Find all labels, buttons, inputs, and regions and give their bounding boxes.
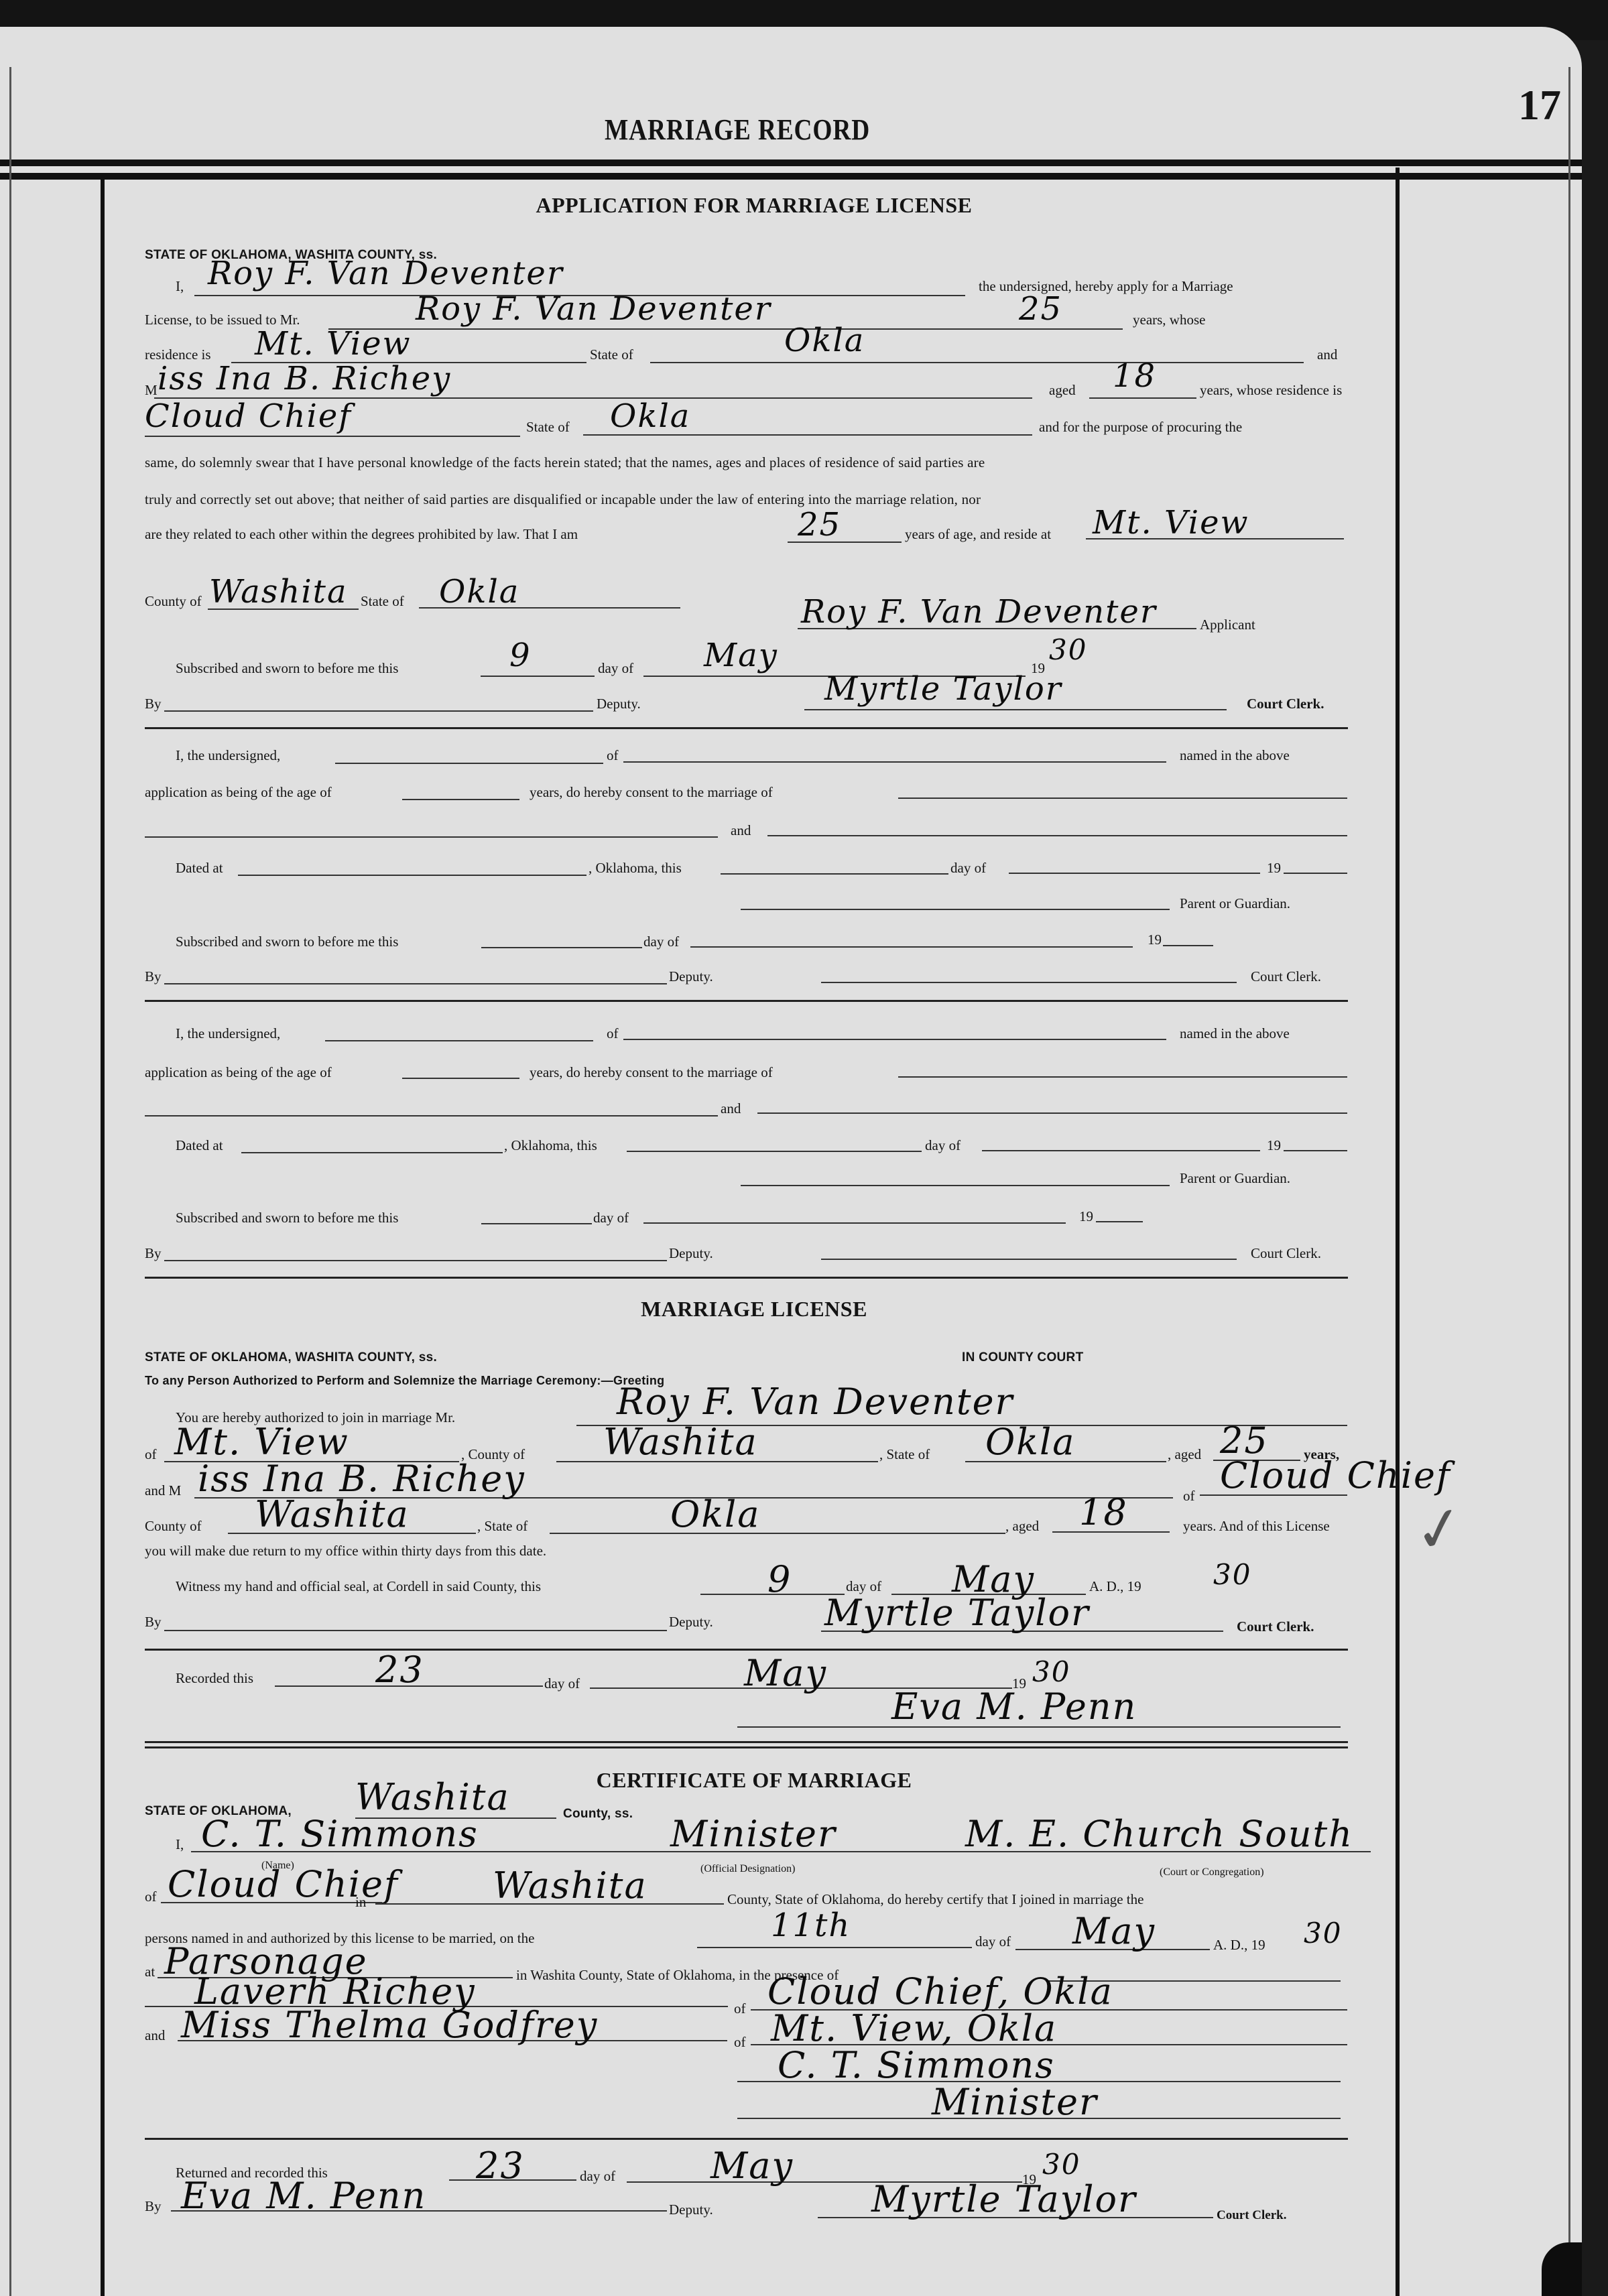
underline bbox=[145, 836, 718, 838]
certificate-clerk-signature: Myrtle Taylor bbox=[871, 2178, 1137, 2220]
underline bbox=[804, 709, 1227, 710]
underline bbox=[402, 799, 519, 800]
license-bride-county: Washita bbox=[255, 1493, 410, 1535]
underline bbox=[238, 875, 586, 876]
ad-label: A. D., 19 bbox=[1213, 1937, 1265, 1954]
aged-label: , aged bbox=[1168, 1446, 1201, 1463]
app-line5-suffix: and for the purpose of procuring the bbox=[1039, 419, 1242, 436]
bride-state: Okla bbox=[610, 397, 690, 435]
of-label: of bbox=[145, 1889, 157, 1905]
recorded-prefix: Recorded this bbox=[176, 1670, 253, 1687]
underline bbox=[898, 1076, 1347, 1078]
ledger-page: 17 MARRIAGE RECORD APPLICATION FOR MARRI… bbox=[0, 27, 1582, 2296]
consent-day-of: day of bbox=[950, 860, 986, 877]
underline bbox=[1089, 397, 1196, 399]
witness-prefix: Witness my hand and official seal, at Co… bbox=[176, 1578, 541, 1595]
officiant-designation: Minister bbox=[670, 1813, 837, 1855]
certificate-county: Washita bbox=[355, 1776, 510, 1818]
license-title: MARRIAGE LICENSE bbox=[101, 1297, 1408, 1322]
groom-age: 25 bbox=[1019, 290, 1062, 328]
deputy-label: Deputy. bbox=[597, 696, 641, 712]
underline bbox=[241, 1152, 503, 1153]
oath-line-2: truly and correctly set out above; that … bbox=[145, 491, 981, 508]
section-divider bbox=[145, 727, 1348, 729]
header-rule-bottom bbox=[0, 173, 1582, 180]
returned-day: 23 bbox=[476, 2145, 525, 2187]
underline bbox=[481, 676, 595, 677]
underline bbox=[1009, 873, 1260, 874]
license-bride-town: Cloud Chief bbox=[1220, 1454, 1451, 1496]
consent-undersigned: I, the undersigned, bbox=[176, 1025, 280, 1042]
court-clerk-label: Court Clerk. bbox=[1217, 2208, 1286, 2223]
underline bbox=[1096, 1221, 1143, 1222]
congregation-caption: (Court or Congregation) bbox=[1160, 1866, 1264, 1878]
marriage-month: May bbox=[1072, 1910, 1156, 1952]
underline bbox=[623, 1039, 1166, 1040]
underline bbox=[481, 1223, 592, 1224]
consent-day-of: day of bbox=[925, 1137, 961, 1154]
i-label: I, bbox=[176, 1836, 184, 1853]
consent-sworn-year: 19 bbox=[1148, 932, 1162, 948]
and-label: and bbox=[145, 2027, 165, 2044]
underline bbox=[741, 1185, 1170, 1186]
consent-year: 19 bbox=[1267, 860, 1281, 877]
witness2-of: of bbox=[734, 2034, 746, 2051]
underline bbox=[690, 946, 1133, 948]
underline bbox=[650, 362, 1304, 363]
officiant-signature: C. T. Simmons bbox=[778, 2044, 1055, 2086]
consent-oklahoma-this: , Oklahoma, this bbox=[504, 1137, 597, 1154]
page-edge-left bbox=[9, 67, 11, 2296]
margin-check-mark-icon: ✓ bbox=[1408, 1490, 1471, 1569]
underline bbox=[1284, 1150, 1347, 1151]
consent-age: application as being of the age of bbox=[145, 1064, 332, 1081]
underline bbox=[402, 1078, 519, 1079]
officiant-title: Minister bbox=[932, 2081, 1098, 2123]
license-groom-county: Washita bbox=[603, 1421, 758, 1463]
consent-sworn-year: 19 bbox=[1079, 1208, 1093, 1225]
recorder-signature: Eva M. Penn bbox=[891, 1685, 1137, 1728]
applicant-residence: Mt. View bbox=[1093, 504, 1249, 541]
underline bbox=[643, 1222, 1066, 1224]
court-clerk-label: Court Clerk. bbox=[1237, 1618, 1314, 1635]
bride-age: 18 bbox=[1113, 357, 1156, 395]
consent-dated-at: Dated at bbox=[176, 860, 223, 877]
applicant-name: Roy F. Van Deventer bbox=[208, 255, 564, 292]
bride-name: iss Ina B. Richey bbox=[158, 360, 451, 397]
day-of-label: day of bbox=[544, 1675, 580, 1692]
clerk-signature: Myrtle Taylor bbox=[824, 670, 1062, 708]
underline bbox=[325, 1040, 593, 1041]
designation-caption: (Official Designation) bbox=[700, 1863, 795, 1875]
underline bbox=[328, 328, 1123, 330]
underline bbox=[164, 1630, 667, 1631]
license-bride-age: 18 bbox=[1079, 1491, 1128, 1533]
deputy-label: Deputy. bbox=[669, 2202, 713, 2218]
underline bbox=[898, 798, 1347, 799]
consent-by: By bbox=[145, 968, 162, 985]
day-of-label: day of bbox=[598, 660, 633, 677]
by-label: By bbox=[145, 696, 162, 712]
consent-age: application as being of the age of bbox=[145, 784, 332, 801]
officiant-county: Washita bbox=[493, 1864, 647, 1907]
consent-named: named in the above bbox=[1180, 1025, 1290, 1042]
section-divider bbox=[145, 1277, 1348, 1279]
app-line2-suffix: years, whose bbox=[1133, 312, 1205, 328]
app-line4-suffix: years, whose residence is bbox=[1200, 382, 1342, 399]
consent-and: and bbox=[721, 1100, 741, 1117]
sworn-day: 9 bbox=[509, 637, 532, 674]
applicant-state: Okla bbox=[439, 573, 519, 611]
application-title: APPLICATION FOR MARRIAGE LICENSE bbox=[101, 193, 1408, 218]
app-line1-suffix: the undersigned, hereby apply for a Marr… bbox=[979, 278, 1233, 295]
underline bbox=[982, 1150, 1260, 1151]
page-edge-right bbox=[1568, 67, 1570, 2296]
marriage-year: 30 bbox=[1304, 1917, 1342, 1950]
underline bbox=[767, 835, 1347, 836]
recorded-day: 23 bbox=[375, 1649, 424, 1691]
section-divider bbox=[145, 1649, 1348, 1651]
and-m-label: and M bbox=[145, 1482, 181, 1499]
license-groom-town: Mt. View bbox=[174, 1421, 349, 1463]
scan-corner-shadow bbox=[1542, 2242, 1582, 2296]
returned-month: May bbox=[710, 2145, 794, 2187]
witness-year: 30 bbox=[1213, 1558, 1251, 1591]
section-divider bbox=[145, 1000, 1348, 1002]
certificate-county-suffix: County, ss. bbox=[563, 1807, 633, 1822]
sworn-year: 30 bbox=[1049, 633, 1087, 666]
underline bbox=[164, 983, 667, 984]
county-label: County of bbox=[145, 1518, 202, 1535]
license-court: IN COUNTY COURT bbox=[962, 1350, 1083, 1365]
license-state-county: STATE OF OKLAHOMA, WASHITA COUNTY, ss. bbox=[145, 1350, 437, 1365]
underline bbox=[757, 1112, 1347, 1114]
state-of-label: , State of bbox=[477, 1518, 528, 1535]
consent-court-clerk: Court Clerk. bbox=[1251, 968, 1321, 985]
applicant-age: 25 bbox=[798, 506, 841, 544]
record-title: MARRIAGE RECORD bbox=[111, 113, 1364, 147]
section-divider bbox=[145, 1741, 1348, 1743]
underline bbox=[623, 761, 1166, 763]
underline bbox=[721, 873, 948, 875]
recorded-month: May bbox=[744, 1652, 827, 1694]
underline bbox=[1284, 873, 1347, 874]
witness2-town: Mt. View, Okla bbox=[771, 2007, 1057, 2049]
consent-of: of bbox=[607, 747, 619, 764]
court-clerk-label: Court Clerk. bbox=[1247, 696, 1324, 712]
section-divider bbox=[145, 2138, 1348, 2140]
consent-court-clerk: Court Clerk. bbox=[1251, 1245, 1321, 1262]
bride-of-label: of bbox=[1183, 1488, 1195, 1505]
by-label: By bbox=[145, 2198, 162, 2215]
consent-deputy: Deputy. bbox=[669, 1245, 713, 1262]
consent-named: named in the above bbox=[1180, 747, 1290, 764]
state-of-label: State of bbox=[526, 419, 570, 436]
license-groom-state: Okla bbox=[985, 1421, 1075, 1463]
oath-line-3-mid: years of age, and reside at bbox=[905, 526, 1051, 543]
section-divider bbox=[145, 1746, 1348, 1748]
day-of-label: day of bbox=[975, 1933, 1011, 1950]
underline bbox=[821, 982, 1237, 983]
groom-residence: Mt. View bbox=[255, 325, 412, 363]
marriage-day: 11th bbox=[771, 1907, 851, 1944]
in-label: in bbox=[355, 1894, 366, 1911]
witness1-of: of bbox=[734, 2000, 746, 2017]
consent-oklahoma-this: , Oklahoma, this bbox=[589, 860, 682, 877]
aged-label: , aged bbox=[1005, 1518, 1039, 1535]
groom-name: Roy F. Van Deventer bbox=[416, 290, 771, 328]
column-rule-left bbox=[101, 178, 105, 2296]
by-label: By bbox=[145, 1614, 162, 1631]
consent-sworn: Subscribed and sworn to before me this bbox=[176, 934, 398, 950]
app-line1-prefix: I, bbox=[176, 278, 184, 295]
aged-label: aged bbox=[1049, 382, 1076, 399]
app-line3-suffix: and bbox=[1317, 346, 1337, 363]
underline bbox=[1163, 945, 1213, 946]
consent-marriage-of: years, do hereby consent to the marriage… bbox=[530, 1064, 773, 1081]
oath-line-3-prefix: are they related to each other within th… bbox=[145, 526, 578, 543]
deputy-signature: Eva M. Penn bbox=[181, 2175, 426, 2217]
consent-deputy: Deputy. bbox=[669, 968, 713, 985]
certify-text: County, State of Oklahoma, do hereby cer… bbox=[727, 1891, 1143, 1908]
consent-sworn: Subscribed and sworn to before me this bbox=[176, 1210, 398, 1226]
consent-year: 19 bbox=[1267, 1137, 1281, 1154]
license-groom-name: Roy F. Van Deventer bbox=[617, 1381, 1013, 1423]
groom-state: Okla bbox=[784, 322, 865, 359]
consent-of: of bbox=[607, 1025, 619, 1042]
applicant-label: Applicant bbox=[1200, 617, 1255, 633]
underline bbox=[821, 1259, 1237, 1260]
officiant-congregation: M. E. Church South bbox=[965, 1813, 1353, 1855]
day-of-label: day of bbox=[580, 2168, 615, 2185]
consent-and: and bbox=[731, 822, 751, 839]
license-greeting: To any Person Authorized to Perform and … bbox=[145, 1374, 664, 1388]
header-rule-top bbox=[0, 160, 1582, 166]
of-label: of bbox=[145, 1446, 157, 1463]
returned-year: 30 bbox=[1042, 2148, 1080, 2181]
underline bbox=[697, 1947, 972, 1948]
ad-label: A. D., 19 bbox=[1089, 1578, 1141, 1595]
oath-line-1: same, do solemnly swear that I have pers… bbox=[145, 454, 985, 471]
at-label: at bbox=[145, 1964, 155, 1980]
underline bbox=[164, 710, 593, 712]
column-rule-right bbox=[1396, 168, 1400, 2296]
license-bride-state: Okla bbox=[670, 1493, 760, 1535]
consent-marriage-of: years, do hereby consent to the marriage… bbox=[530, 784, 773, 801]
recorded-year: 30 bbox=[1032, 1655, 1070, 1688]
page-number: 17 bbox=[1518, 80, 1561, 130]
state-of-label: State of bbox=[361, 593, 404, 610]
deputy-label: Deputy. bbox=[669, 1614, 713, 1631]
sworn-month: May bbox=[704, 637, 778, 674]
state-of-label: , State of bbox=[879, 1446, 930, 1463]
county-label: County of bbox=[145, 593, 202, 610]
underline bbox=[481, 947, 642, 948]
license-return-1: years. And of this License bbox=[1183, 1518, 1330, 1535]
consent-sworn-day-of: day of bbox=[593, 1210, 629, 1226]
consent-dated-at: Dated at bbox=[176, 1137, 223, 1154]
underline bbox=[335, 763, 603, 764]
applicant-signature: Roy F. Van Deventer bbox=[801, 593, 1157, 631]
underline bbox=[145, 1115, 718, 1117]
state-of-label: State of bbox=[590, 346, 633, 363]
applicant-county: Washita bbox=[209, 573, 348, 611]
underline bbox=[550, 1533, 1005, 1534]
consent-parent-guardian: Parent or Guardian. bbox=[1180, 1170, 1290, 1187]
witness2-name: Miss Thelma Godfrey bbox=[181, 2004, 598, 2046]
license-return-2: you will make due return to my office wi… bbox=[145, 1543, 546, 1559]
bride-prefix: M bbox=[145, 382, 158, 399]
certificate-title: CERTIFICATE OF MARRIAGE bbox=[101, 1768, 1408, 1793]
consent-parent-guardian: Parent or Guardian. bbox=[1180, 895, 1290, 912]
consent-sworn-day-of: day of bbox=[643, 934, 679, 950]
underline bbox=[145, 436, 520, 437]
underline bbox=[164, 1260, 667, 1261]
consent-undersigned: I, the undersigned, bbox=[176, 747, 280, 764]
witness1-town: Cloud Chief, Okla bbox=[767, 1970, 1113, 2013]
bride-residence: Cloud Chief bbox=[145, 397, 352, 435]
license-clerk-signature: Myrtle Taylor bbox=[824, 1592, 1090, 1634]
underline bbox=[741, 909, 1170, 910]
sworn-prefix: Subscribed and sworn to before me this bbox=[176, 660, 398, 677]
consent-by: By bbox=[145, 1245, 162, 1262]
officiant-name: C. T. Simmons bbox=[201, 1813, 479, 1855]
underline bbox=[627, 1151, 922, 1152]
witness-day: 9 bbox=[767, 1558, 792, 1600]
